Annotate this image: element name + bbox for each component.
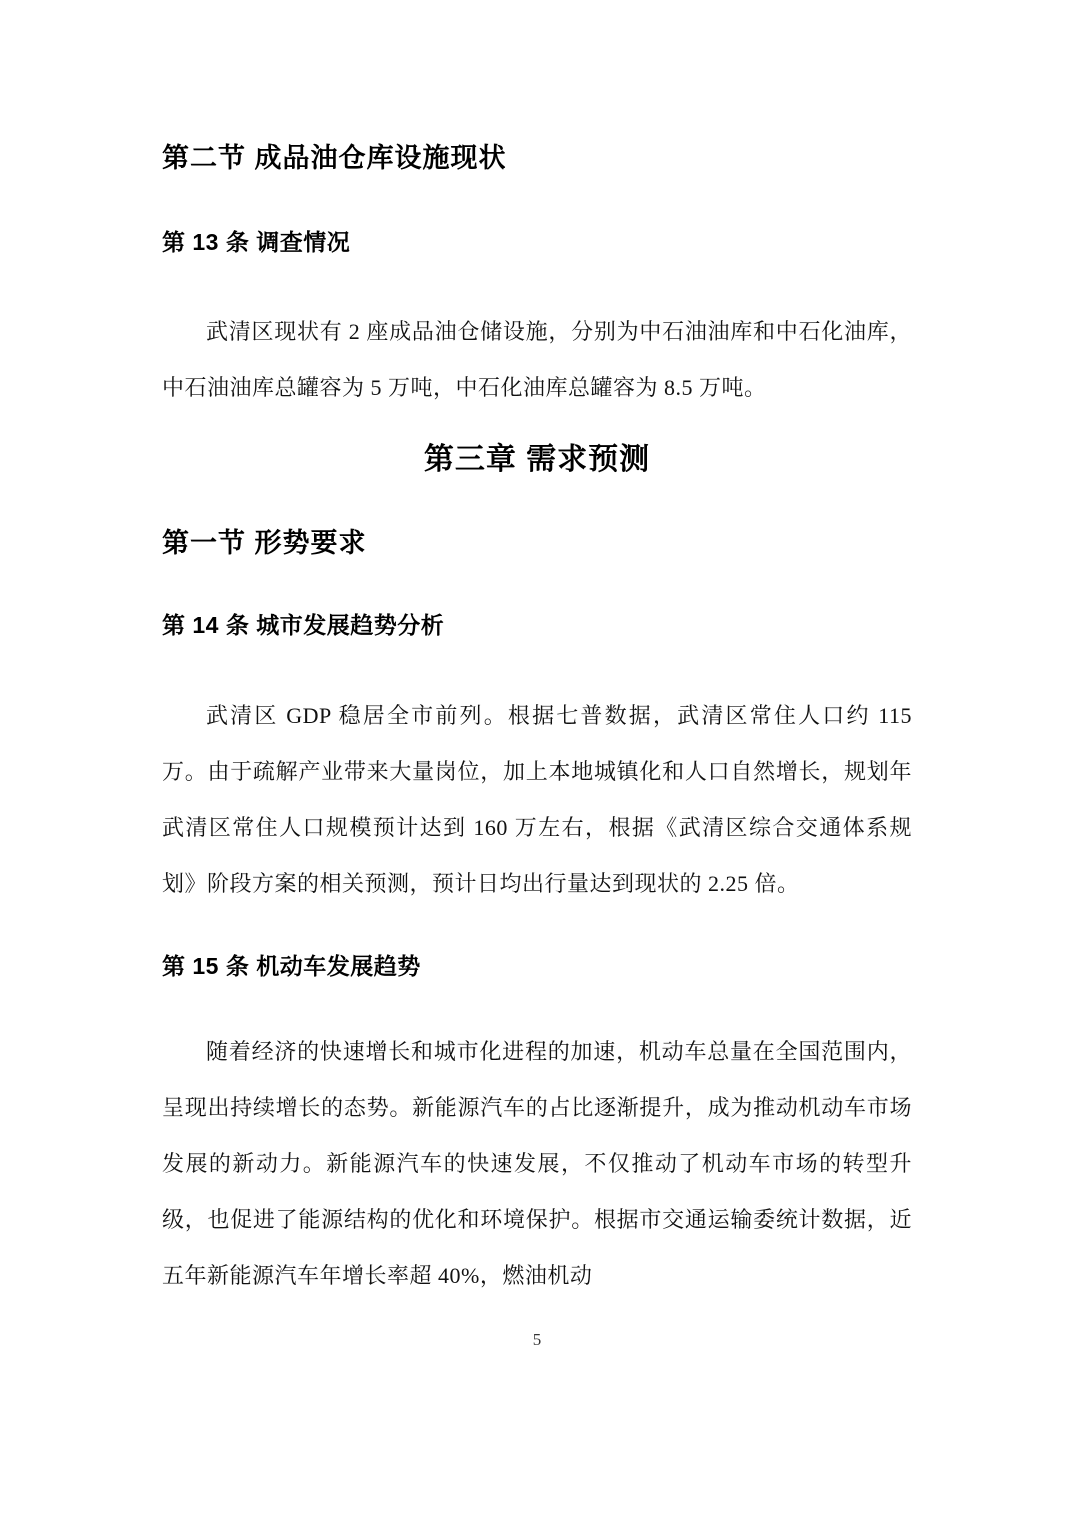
chapter-3-heading: 第三章 需求预测	[162, 441, 912, 479]
article-13-heading: 第 13 条 调查情况	[162, 228, 912, 256]
section-2-heading: 第二节 成品油仓库设施现状	[162, 142, 912, 174]
paragraph-city-development: 武清区 GDP 稳居全市前列。根据七普数据，武清区常住人口约 115 万。由于疏…	[162, 688, 912, 912]
article-14-heading: 第 14 条 城市发展趋势分析	[162, 611, 912, 639]
paragraph-oil-storage: 武清区现状有 2 座成品油仓储设施，分别为中石油油库和中石化油库，中石油油库总罐…	[162, 304, 912, 416]
article-15-heading: 第 15 条 机动车发展趋势	[162, 952, 912, 980]
page-number: 5	[162, 1330, 912, 1350]
section-1-heading: 第一节 形势要求	[162, 527, 912, 559]
document-page: 第二节 成品油仓库设施现状 第 13 条 调查情况 武清区现状有 2 座成品油仓…	[0, 0, 1074, 1520]
paragraph-vehicle-trend: 随着经济的快速增长和城市化进程的加速，机动车总量在全国范围内，呈现出持续增长的态…	[162, 1024, 912, 1304]
